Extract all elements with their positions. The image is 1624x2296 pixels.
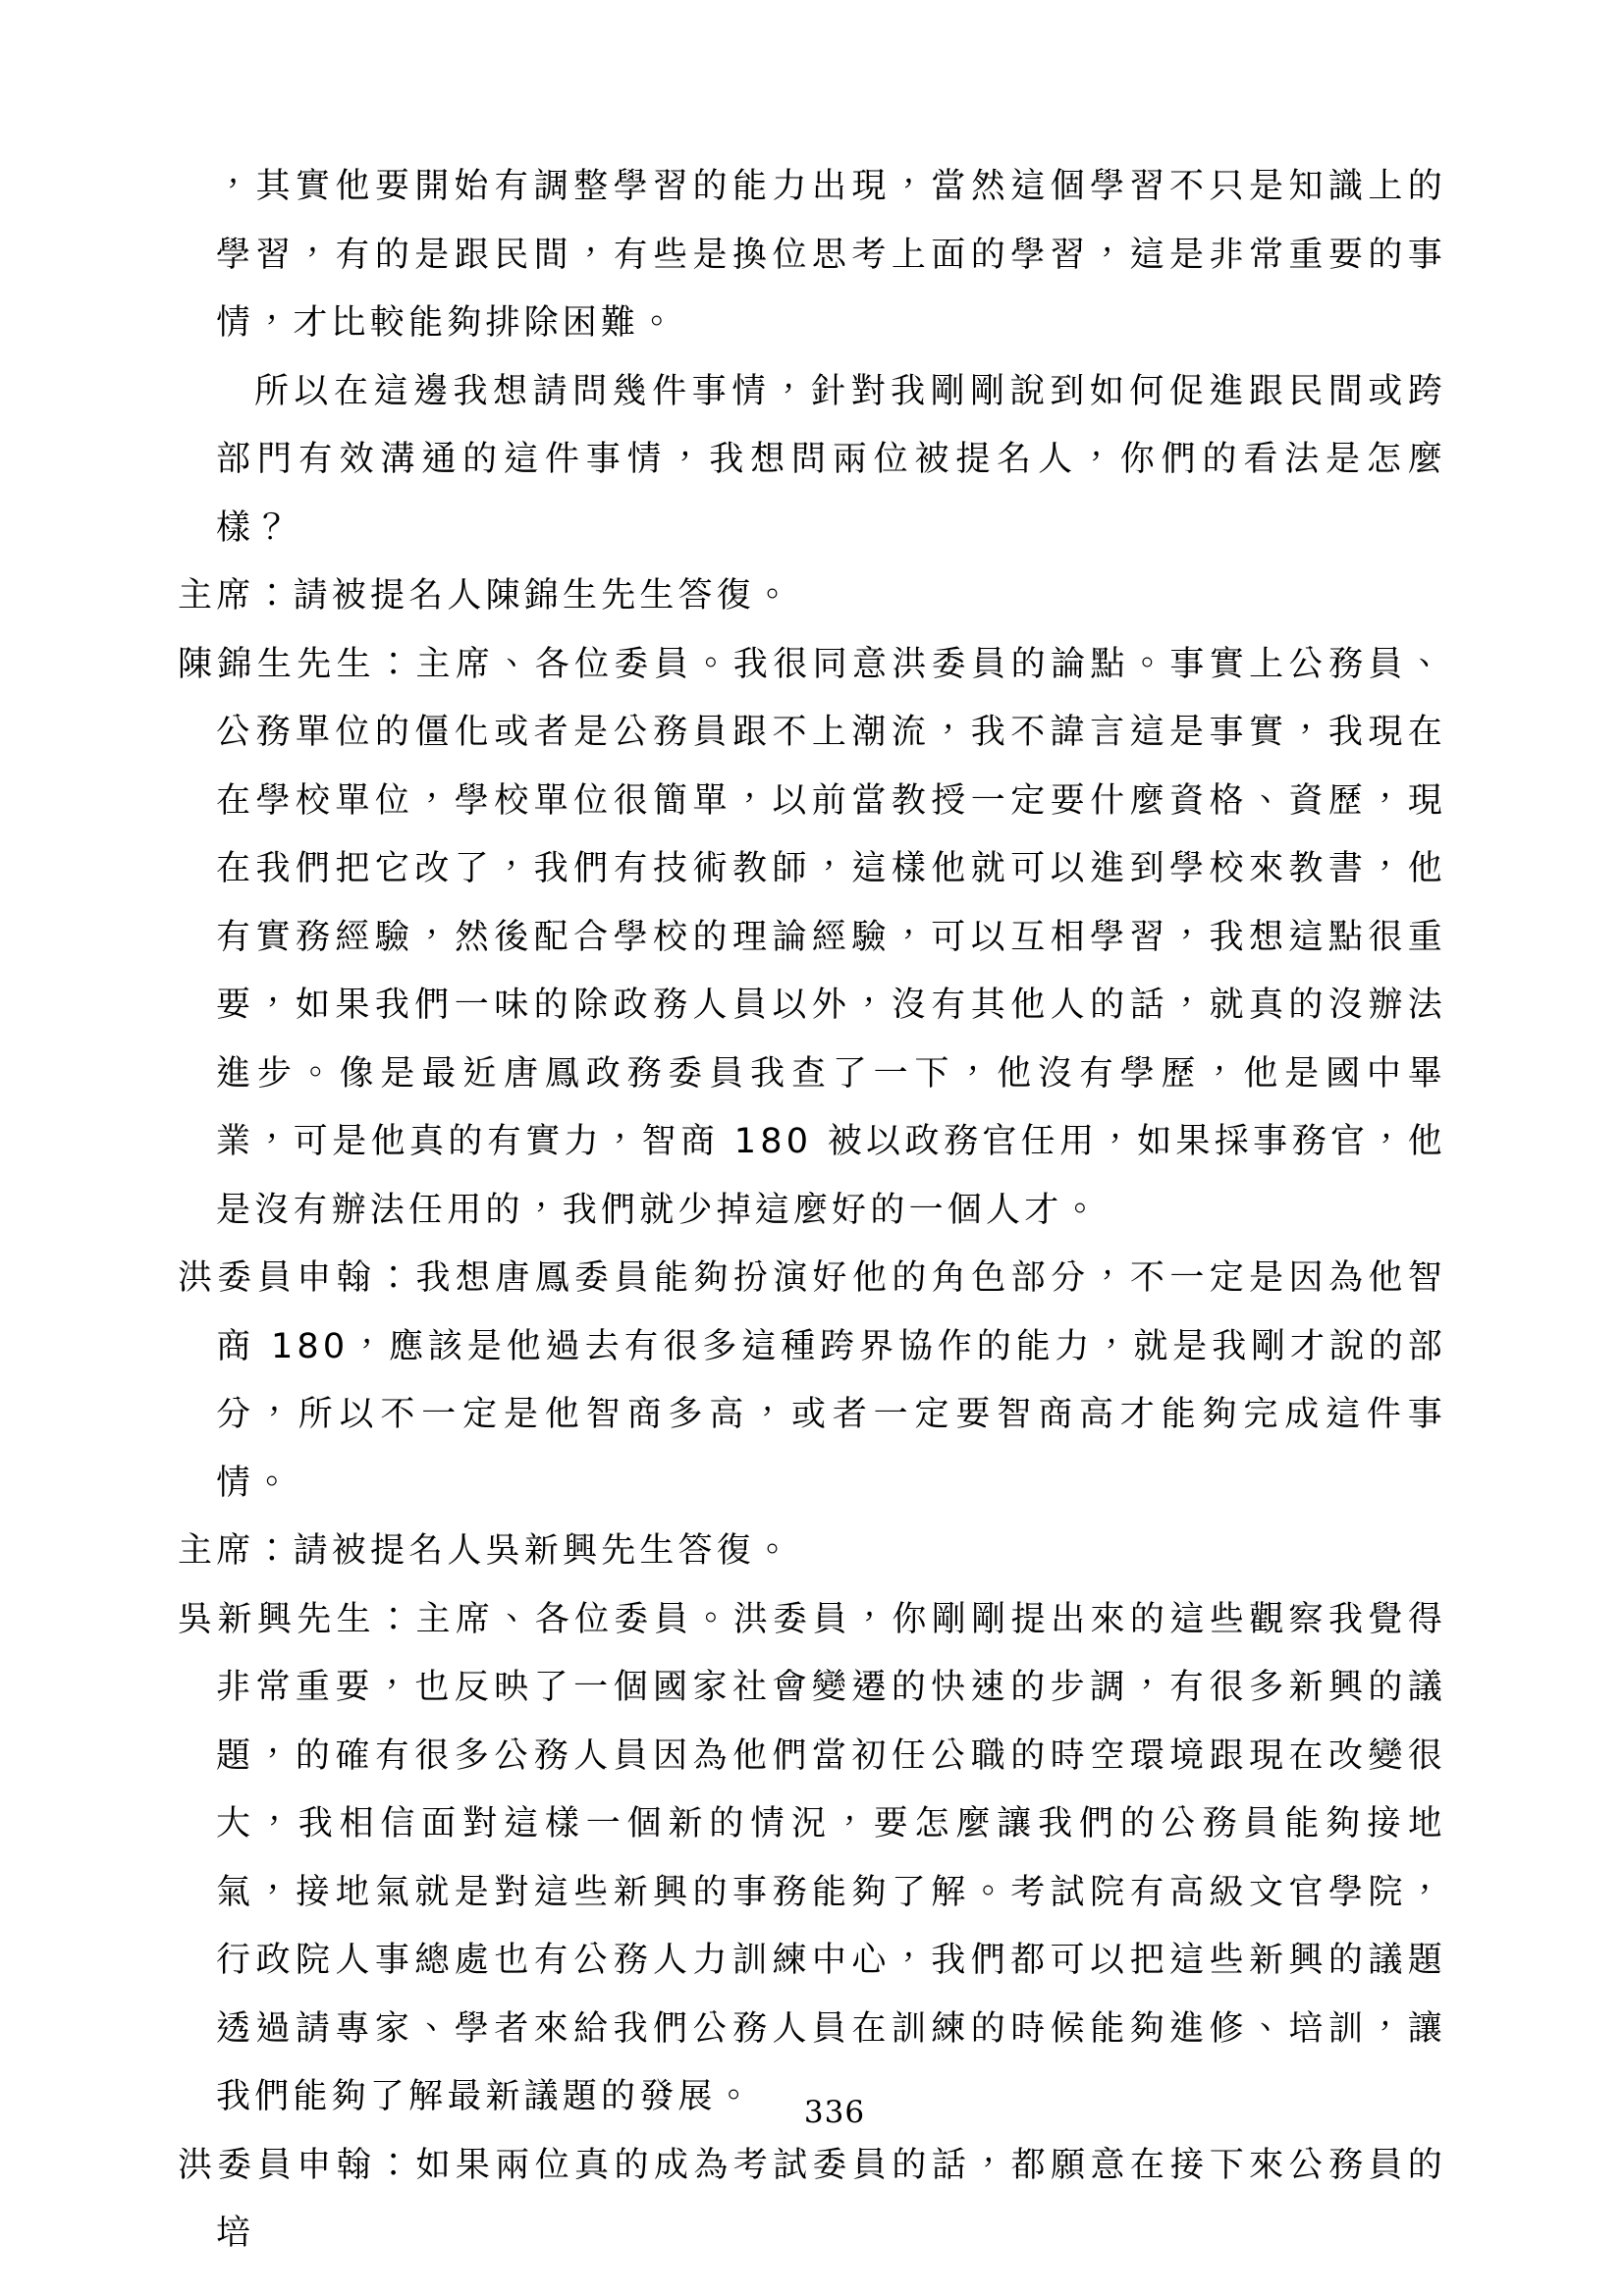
page-number: 336 — [759, 2095, 865, 2130]
paragraph-hung-shen-han-comment: 洪委員申翰：我想唐鳳委員能夠扮演好他的角色部分，不一定是因為他智商 180，應該… — [178, 1245, 1446, 1518]
paragraph-hung-shen-han-followup: 洪委員申翰：如果兩位真的成為考試委員的話，都願意在接下來公務員的培 — [178, 2132, 1446, 2269]
paragraph-wu-hsin-hsing-reply: 吳新興先生：主席、各位委員。洪委員，你剛剛提出來的這些觀察我覺得非常重要，也反映… — [178, 1586, 1446, 2132]
paragraph-chair-call-chen: 主席：請被提名人陳錦生先生答復。 — [178, 562, 1446, 631]
paragraph-chair-call-wu: 主席：請被提名人吳新興先生答復。 — [178, 1518, 1446, 1586]
paragraph-continued-speech: ，其實他要開始有調整學習的能力出現，當然這個學習不只是知識上的學習，有的是跟民間… — [178, 153, 1446, 358]
paragraph-question-to-nominees: 所以在這邊我想請問幾件事情，針對我剛剛說到如何促進跟民間或跨部門有效溝通的這件事… — [178, 358, 1446, 563]
gazette-page: ，其實他要開始有調整學習的能力出現，當然這個學習不只是知識上的學習，有的是跟民間… — [0, 0, 1624, 2296]
paragraph-chen-chin-sheng-reply: 陳錦生先生：主席、各位委員。我很同意洪委員的論點。事實上公務員、公務單位的僵化或… — [178, 631, 1446, 1246]
page-footer: 336 — [0, 2095, 1624, 2130]
transcript-body: ，其實他要開始有調整學習的能力出現，當然這個學習不只是知識上的學習，有的是跟民間… — [178, 153, 1446, 2269]
